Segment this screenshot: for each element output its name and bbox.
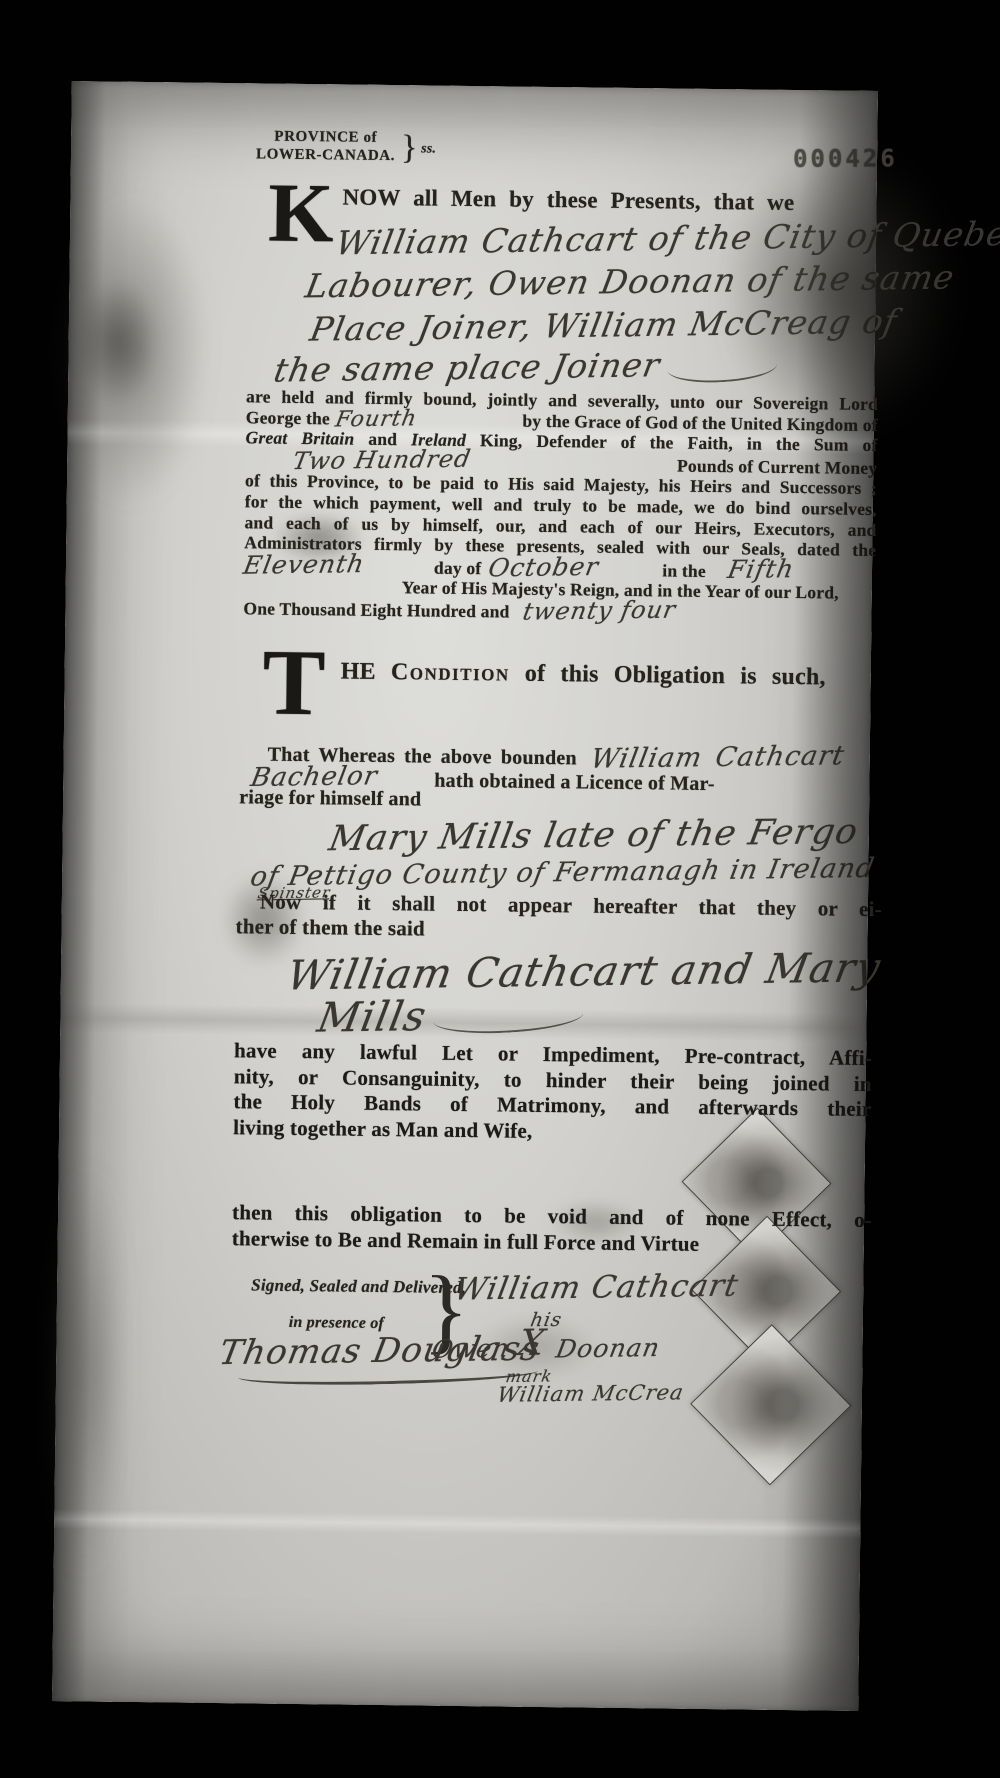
pen-flourish — [667, 361, 778, 385]
signature-doonan: Doonan — [554, 1333, 663, 1363]
dropcap-t: T — [262, 646, 326, 722]
know-heading: NOW all Men by these Presents, that we — [342, 184, 794, 216]
handwritten-monarch-numeral: Fourth — [334, 408, 499, 431]
handwritten-obligor-2: Labourer, Owen Doonan of the same — [302, 258, 958, 306]
document-page: PROVINCE of LOWER-CANADA. } ss. 000426 K… — [52, 81, 878, 1711]
void-clause: then this obligation to be void and of n… — [232, 1199, 873, 1259]
header-ss: ss. — [421, 141, 436, 157]
serial-stamp: 000426 — [793, 144, 898, 173]
handwritten-obligor-3: Place Joiner, William McCreag of — [307, 302, 901, 349]
dropcap-k: K — [268, 180, 334, 248]
condition-heading: HE Condition of this Obligation is such, — [341, 658, 826, 691]
paper-edge-shadow — [52, 81, 106, 1701]
handwritten-sum: Two Hundred — [291, 449, 473, 472]
whereas-text: hath obtained a Licence of Mar- — [434, 770, 715, 795]
stain — [76, 276, 158, 407]
bond-line: day of — [434, 557, 482, 578]
stain — [49, 1161, 124, 1582]
now-clause: Now if it shall not appear hereafter tha… — [259, 889, 882, 947]
handwritten-bride-line2: of Pettigo County of Fermanagh in Irelan… — [248, 853, 877, 893]
bond-line: George the — [246, 407, 330, 429]
impediment-paragraph: have any lawful Let or Impediment, Pre-c… — [233, 1038, 872, 1148]
bond-line: King, Defender of the Faith, in the Sum … — [480, 430, 878, 455]
header-brace: } — [401, 129, 418, 167]
condition-heading-post: of this Obligation is such, — [525, 661, 826, 691]
handwritten-couple-line1: William Cathcart and Mary — [283, 943, 884, 999]
paper-seal — [690, 1324, 851, 1485]
signature-witness: Thomas Douglass — [216, 1329, 543, 1373]
bond-line: One Thousand Eight Hundred and — [243, 598, 509, 622]
handwritten-obligor-4: the same place Joiner — [271, 345, 663, 389]
handwritten-year: twenty four — [521, 600, 677, 623]
signature-principal: William Cathcart — [451, 1268, 741, 1308]
handwritten-day: Eleventh — [242, 553, 437, 576]
fold-line — [54, 1509, 860, 1539]
bond-paragraph: are held and firmly bound, jointly and s… — [243, 386, 878, 626]
whereas-line: riage for himself and — [239, 786, 421, 811]
handwritten-obligor-1: William Cathcart of the City of Quebec — [333, 214, 1000, 262]
bond-line: in the — [662, 560, 706, 581]
handwritten-regnal-year: Fifth — [726, 559, 796, 580]
handwritten-bride-line1: Mary Mills late of the Fergo — [326, 812, 862, 859]
province-line2: LOWER-CANADA. — [256, 145, 395, 165]
condition-heading-smallcaps: Condition — [391, 659, 510, 686]
film-background: PROVINCE of LOWER-CANADA. } ss. 000426 K… — [0, 0, 1000, 1778]
condition-heading-pre: HE — [341, 658, 376, 684]
stain — [57, 196, 211, 508]
pen-flourish — [433, 1010, 584, 1037]
handwritten-couple-line2: Mills — [314, 992, 431, 1041]
province-caption: PROVINCE of LOWER-CANADA. — [256, 127, 395, 165]
handwritten-month: October — [487, 556, 657, 579]
province-line1: PROVINCE of — [256, 127, 395, 147]
